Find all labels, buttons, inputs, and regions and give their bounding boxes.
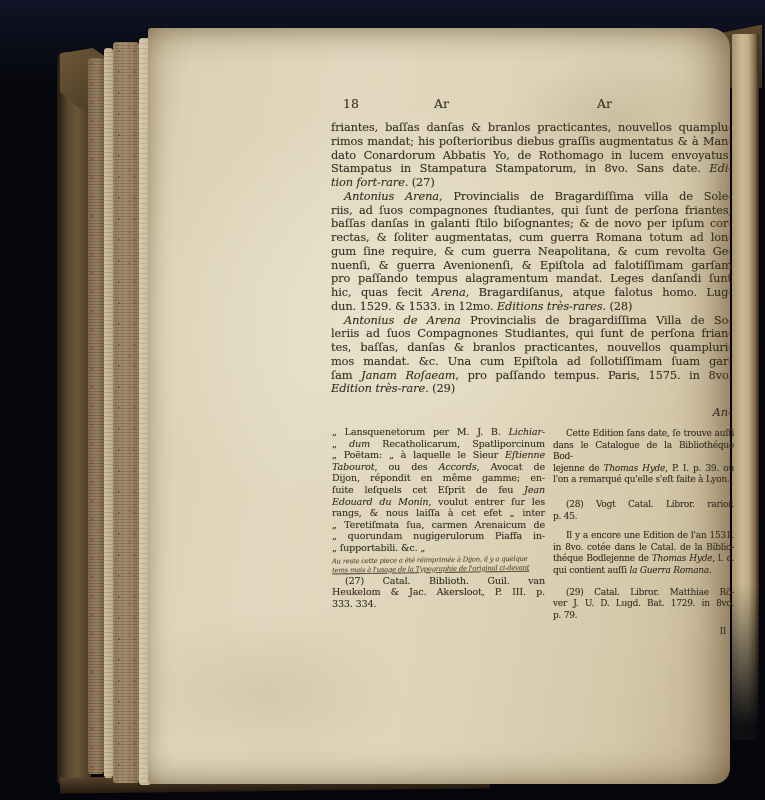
text-line: qui contient auſſi la Guerra Romana.	[553, 566, 734, 578]
footnote-quote-block: „ Lansquenetorum per M. J. B. Lichiar-„ …	[332, 427, 545, 555]
text-line: friantes, baſſas danſas & branlos practi…	[331, 121, 732, 135]
text-line: „ Poëtam: „ à laquelle le Sieur Eſtienne	[332, 450, 545, 462]
page-edge-band	[104, 48, 113, 778]
text-line: tion fort-rare. (27)	[331, 176, 732, 190]
text-line: p. 79.	[553, 611, 734, 623]
text-line: rectas, & ſoliter augmentatas, cum guerr…	[331, 231, 732, 245]
text-line: pro paſſando tempus alagramentum mandat.…	[331, 272, 732, 286]
text-line: „ Teretiſmata ſua, carmen Arenaicum de	[332, 520, 545, 532]
text-line: Antonius de Arena Provincialis de bragar…	[331, 314, 732, 328]
page-header: 18 Ar Ar	[148, 96, 730, 112]
book-photo: 18 Ar Ar friantes, baſſas danſas & branl…	[0, 0, 765, 800]
running-head-left: Ar	[434, 96, 449, 111]
page-content: 18 Ar Ar friantes, baſſas danſas & branl…	[148, 28, 730, 784]
text-line: nuenſi, & guerra Avenionenſi, & Epiſtola…	[331, 259, 732, 273]
text-line: Edition très-rare. (29)	[331, 382, 732, 396]
text-line: dun. 1529. & 1533. in 12mo. Editions trè…	[331, 300, 732, 314]
catchword: An-	[331, 405, 732, 419]
text-line: rangs, & nous laiſſa à cet efet „ inter	[332, 508, 545, 520]
facing-page-sliver	[732, 34, 759, 740]
footnote-block: Cette Edition ſans date, ſe trouve auſſi…	[553, 429, 734, 487]
text-line: Cette Edition ſans date, ſe trouve auſſi	[553, 429, 734, 441]
text-line: rimos mandat; his poſterioribus diebus g…	[331, 135, 732, 149]
text-line: „ dum Recatholicarum, Spatliporcinum	[332, 439, 545, 451]
text-line: baſſas danſas in galanti ſtilo biſognant…	[331, 217, 732, 231]
text-line: „ Lansquenetorum per M. J. B. Lichiar-	[332, 427, 545, 439]
text-line: dato Conardorum Abbatis Yo, de Rothomago…	[331, 149, 732, 163]
text-line: (28) Vogt Catal. Libror. rarior.	[553, 500, 734, 512]
text-line: riis, ad ſuos compagnones ſtudiantes, qu…	[331, 204, 732, 218]
text-line: 333. 334.	[332, 599, 545, 611]
text-line: ſuite leſquels cet Eſprit de feu Jean	[332, 485, 545, 497]
text-line: „ quorundam nugigerulorum Piaffa in-	[332, 531, 545, 543]
running-head-right: Ar	[597, 96, 612, 111]
footnote-catchword: Il	[553, 626, 734, 638]
page-number: 18	[343, 96, 359, 111]
text-line: l'on a remarqué qu'elle s'eſt faite à Ly…	[553, 475, 734, 487]
text-line: mos mandat. &c. Una cum Epiſtola ad ſoll…	[331, 355, 732, 369]
text-line: lejenne de Thomas Hyde, P. I. p. 39. où	[553, 464, 734, 476]
text-line: p. 45.	[553, 512, 734, 524]
text-line: Antonius Arena, Provincialis de Bragardi…	[331, 190, 732, 204]
book-cover-edge	[57, 52, 91, 785]
main-text-block: friantes, baſſas danſas & branlos practi…	[331, 121, 732, 396]
footnote-block: (28) Vogt Catal. Libror. rarior.p. 45.	[553, 500, 734, 523]
text-line: (27) Catal. Biblioth. Guil. van	[332, 576, 545, 588]
text-line: Il y a encore une Edition de l'an 1531.	[553, 531, 734, 543]
text-line: in 8vo. cotée dans le Catal. de la Bibli…	[553, 543, 734, 555]
footnote-column-right: Cette Edition ſans date, ſe trouve auſſi…	[553, 429, 734, 638]
text-line: hic, quas fecit Arena, Bragardiſanus, at…	[331, 286, 732, 300]
page-edge-band	[88, 58, 104, 774]
text-line: (29) Catal. Libror. Matthiae Rö-	[553, 588, 734, 600]
footnote-column-left: „ Lansquenetorum per M. J. B. Lichiar-„ …	[332, 427, 545, 611]
footnote-block: Il y a encore une Edition de l'an 1531.i…	[553, 531, 734, 577]
text-line: théque Bodlejenne de Thomas Hyde, l. c.	[553, 554, 734, 566]
page-edge-band	[113, 42, 139, 783]
footnote-27: (27) Catal. Biblioth. Guil. vanHeukelom …	[332, 576, 545, 611]
text-line: leriis ad ſuos Compagnones Studiantes, q…	[331, 327, 732, 341]
text-line: tes, baſſas, danſas & branlos practicant…	[331, 341, 732, 355]
text-line: „ ſupportabili. &c. „	[332, 543, 545, 555]
text-line: Heukelom & Jac. Akersloot, P. III. p.	[332, 587, 545, 599]
text-line: ſam Janam Roſaeam, pro paſſando tempus. …	[331, 369, 732, 383]
handwritten-annotation: Au reste cette piece a été réimprimée à …	[332, 554, 545, 574]
text-line: ver J. U. D. Lugd. Bat. 1729. in 8vo.	[553, 599, 734, 611]
book-page: 18 Ar Ar friantes, baſſas danſas & branl…	[148, 28, 730, 784]
footnote-block: (29) Catal. Libror. Matthiae Rö-ver J. U…	[553, 588, 734, 623]
text-line: Dijon, répondit en même gamme; en-	[332, 473, 545, 485]
text-line: Tabourot, ou des Accords, Avocat de	[332, 462, 545, 474]
page-stack-fore-edge	[88, 38, 150, 785]
text-line: Edouard du Monin, voulut entrer ſur les	[332, 497, 545, 509]
text-line: dans le Catalogue de la Bibliothéque Bod…	[553, 441, 734, 464]
text-line: gum ſine require, & cum guerra Neapolita…	[331, 245, 732, 259]
text-line: Stampatus in Stampatura Stampatorum, in …	[331, 162, 732, 176]
